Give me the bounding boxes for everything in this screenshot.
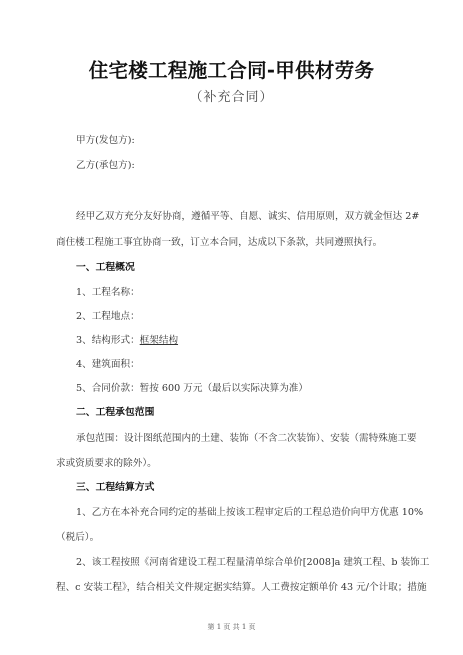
intro-paragraph-line1: 经甲乙双方充分友好协商，遵循平等、自愿、诚实、信用原则，双方就金恒达 2#	[76, 208, 419, 222]
item-label: 2、工程地点：	[76, 311, 140, 322]
document-subtitle: （补充合同）	[0, 86, 463, 105]
party-b-label: 乙方(承包方):	[76, 157, 135, 171]
section-3-heading: 三、工程结算方式	[76, 479, 154, 493]
contract-price-value: 暂按 600 万元（最后以实际决算为准）	[140, 383, 308, 394]
project-location-item: 2、工程地点：	[76, 308, 140, 322]
item-label: 1、工程名称：	[76, 287, 140, 298]
page-footer: 第 1 页 共 1 页	[0, 622, 463, 632]
settlement-p2-line2: 程、c 安装工程》，结合相关文件规定据实结算。人工费按定额单价 43 元/个计取…	[56, 579, 427, 593]
scope-line2: 求或资质要求的除外）。	[56, 455, 157, 469]
contract-price-item: 5、合同价款：暂按 600 万元（最后以实际决算为准）	[76, 380, 308, 394]
settlement-p1-line1: 1、乙方在本补充合同约定的基础上按该工程审定后的工程总造价向甲方优惠 10%	[76, 504, 423, 518]
section-1-heading: 一、工程概况	[76, 259, 135, 273]
document-title: 住宅楼工程施工合同-甲供材劳务	[0, 55, 463, 83]
structure-type-item: 3、结构形式：框架结构	[76, 332, 178, 346]
settlement-p2-line1: 2、该工程按照《河南省建设工程工程量清单综合单价[2008]a 建筑工程、b 装…	[76, 554, 429, 568]
scope-line1: 承包范围：设计图纸范围内的土建、装饰（不含二次装饰）、安装（需特殊施工要	[76, 430, 417, 444]
item-label: 3、结构形式：	[76, 335, 140, 346]
item-label: 4、建筑面积：	[76, 359, 140, 370]
party-a-label: 甲方(发包方):	[76, 132, 135, 146]
project-name-item: 1、工程名称：	[76, 284, 140, 298]
intro-paragraph-line2: 商住楼工程施工事宜协商一致，订立本合同，达成以下条款，共同遵照执行。	[56, 234, 382, 248]
section-2-heading: 二、工程承包范围	[76, 404, 154, 418]
building-area-item: 4、建筑面积：	[76, 356, 140, 370]
item-label: 5、合同价款：	[76, 383, 140, 394]
settlement-p1-line2: （税后）。	[56, 529, 99, 543]
structure-type-value: 框架结构	[140, 335, 178, 346]
